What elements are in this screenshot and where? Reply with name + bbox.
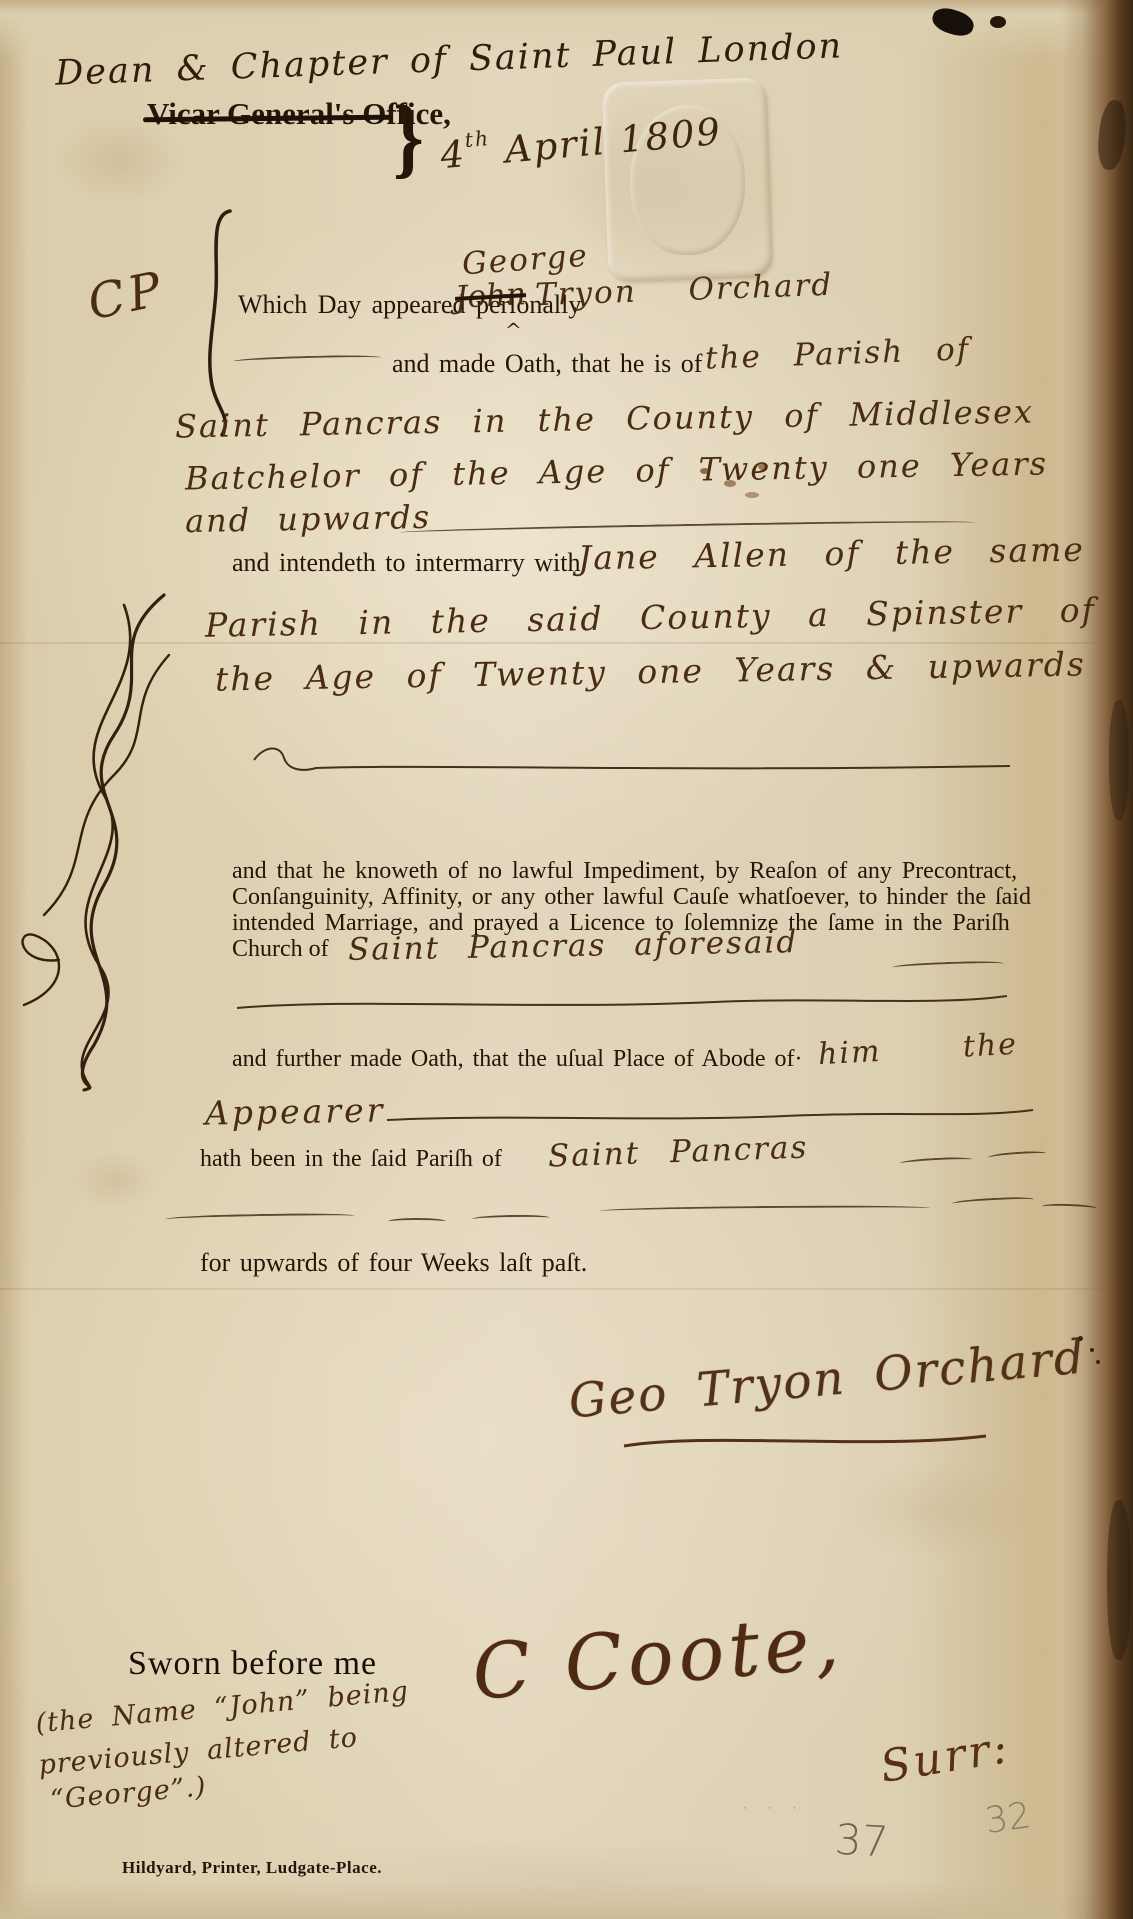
- fill-rule: [900, 1156, 972, 1167]
- officiant-signature: C Coote,: [469, 1596, 847, 1717]
- pencil-dots: · · ·: [742, 1796, 804, 1820]
- sworn-label: Sworn before me: [128, 1645, 377, 1683]
- fill-rule: [233, 354, 381, 365]
- parish-handwritten: Saint Pancras: [547, 1129, 809, 1174]
- insert-caret: ^: [505, 318, 522, 342]
- date-superscript: th: [464, 126, 491, 152]
- abode-printed: and further made Oath, that the uſual Pl…: [232, 1046, 802, 1073]
- squiggle-rule: [235, 990, 1010, 1016]
- abode-handwritten: him the: [817, 1027, 1019, 1072]
- pencil-number-32: 32: [982, 1795, 1033, 1842]
- fill-rule: [892, 960, 1004, 971]
- spinster-line-handwritten: Parish in the said County a Spinster of: [205, 590, 1096, 645]
- paper-stain: [840, 1460, 1040, 1560]
- signature-underline-flourish: [620, 1428, 990, 1454]
- paper-stain: [70, 1150, 160, 1210]
- fill-rule: [988, 1150, 1046, 1161]
- appeared-printed: Which Day appeared perſonally: [238, 290, 581, 320]
- intermarry-handwritten: Jane Allen of the same: [578, 530, 1086, 578]
- ink-mark: [929, 4, 976, 40]
- church-handwritten: Saint Pancras aforesaid: [348, 924, 799, 968]
- binding-blotch: [1107, 1500, 1131, 1660]
- fold-crease: [0, 1288, 1133, 1290]
- date-day: 4: [439, 132, 468, 177]
- binding-blotch: [1109, 700, 1129, 820]
- ink-smudge: [724, 480, 736, 487]
- ink-dot: [1096, 1360, 1100, 1364]
- ink-smudge: [700, 468, 709, 474]
- cp-mark: CP: [83, 261, 170, 332]
- age-line-handwritten: the Age of Twenty one Years & upwards: [215, 644, 1086, 698]
- ink-smudge: [758, 462, 766, 470]
- oath-printed: and made Oath, that he is of: [392, 349, 702, 379]
- weeks-printed: for upwards of four Weeks laſt paſt.: [200, 1248, 587, 1278]
- upwards-line-handwritten: and upwards: [185, 498, 432, 540]
- ink-dot: [1090, 1348, 1094, 1352]
- fill-rule: [388, 1218, 446, 1225]
- header-brace: }: [393, 85, 424, 189]
- deponent-signature: Geo Tryon Orchard: [567, 1330, 1088, 1430]
- fill-rule: [952, 1196, 1034, 1207]
- officiant-suffix: Surr:: [877, 1722, 1014, 1793]
- fill-rule: [165, 1212, 355, 1222]
- pencil-number-37: 37: [834, 1815, 890, 1867]
- document-scan: Dean & Chapter of Saint Paul London Vica…: [0, 0, 1133, 1919]
- office-struck-text: Vicar General's: [147, 96, 354, 131]
- margin-signature-flourish: (illegible flourished signature): [4, 585, 194, 1095]
- impediment-line-1: and that he knoweth of no lawful Impedim…: [232, 858, 1017, 885]
- squiggle-rule: [250, 742, 1015, 782]
- printer-imprint: Hildyard, Printer, Ludgate-Place.: [122, 1858, 382, 1878]
- opening-brace-flourish: [192, 205, 242, 440]
- fill-rule: [472, 1214, 550, 1222]
- impediment-line-4: Church of: [232, 936, 329, 963]
- intermarry-printed: and intendeth to intermarry with: [232, 548, 580, 578]
- parish-line-handwritten: Saint Pancras in the County of Middlesex: [175, 393, 1035, 446]
- bachelor-line-handwritten: Batchelor of the Age of Twenty one Years: [185, 444, 1049, 497]
- oath-handwritten: the Parish of: [704, 331, 970, 376]
- fill-rule: [600, 1205, 930, 1215]
- ink-dot: [1078, 1336, 1083, 1341]
- appearer-handwritten: Appearer: [205, 1090, 386, 1132]
- ink-smudge: [745, 492, 759, 498]
- parish-printed: hath been in the ſaid Pariſh of: [200, 1146, 502, 1173]
- squiggle-rule: [385, 1106, 1035, 1128]
- ink-mark: [990, 16, 1006, 28]
- impediment-line-2: Conſanguinity, Affinity, or any other la…: [232, 884, 1031, 911]
